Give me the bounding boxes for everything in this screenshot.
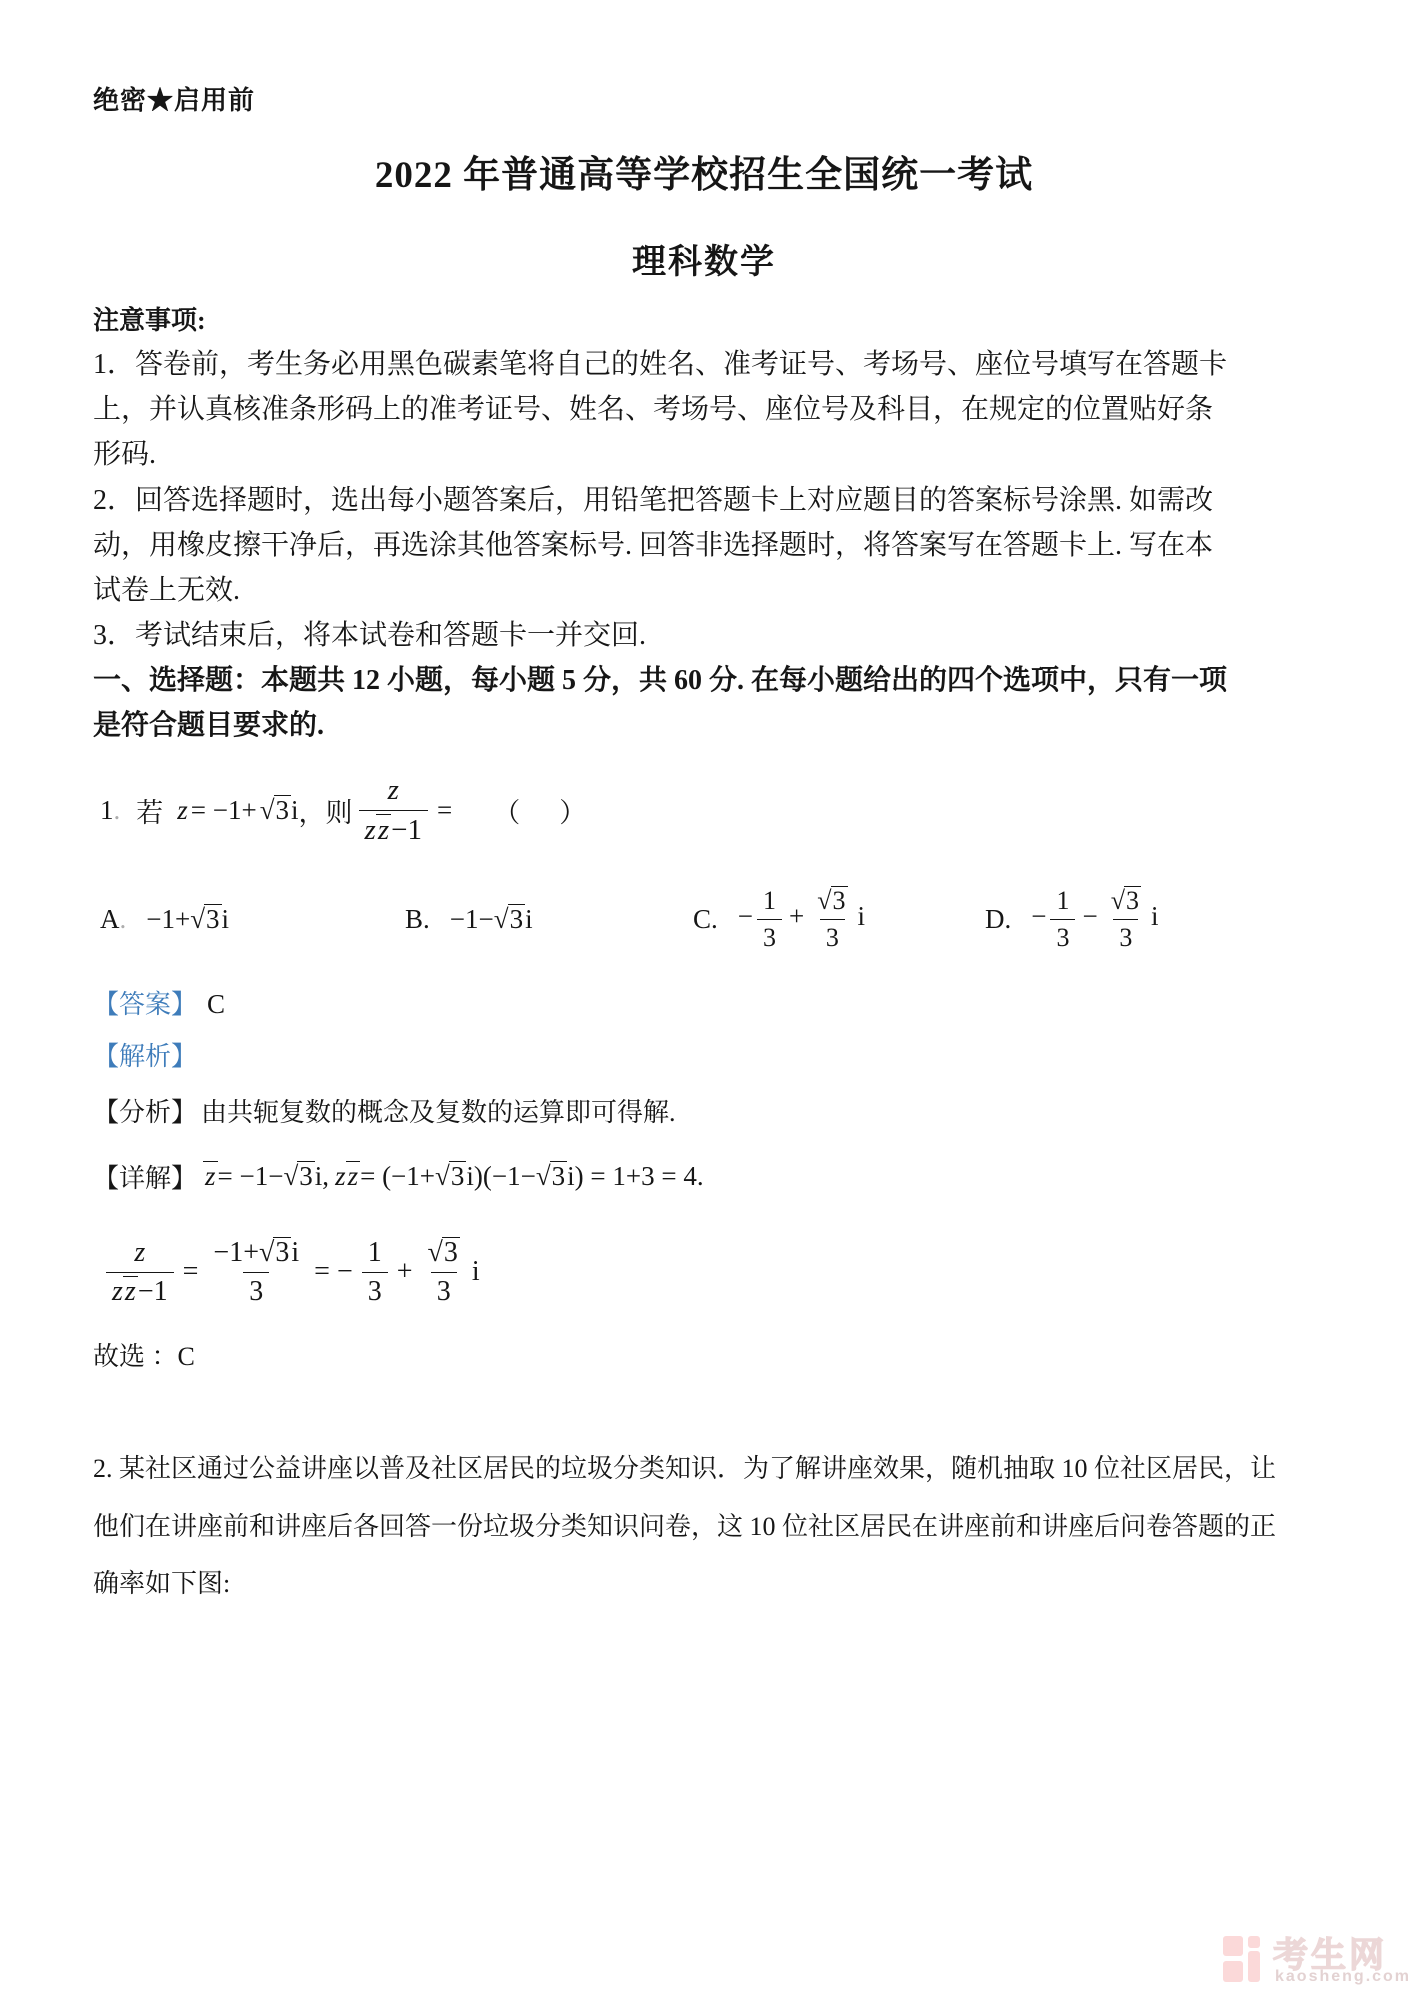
answer-row: 【答案】C	[93, 984, 225, 1021]
notice-line: 形码.	[93, 432, 1333, 477]
fraction-z-over-zzbar: z zz−1	[359, 774, 428, 846]
math-segment: i	[291, 795, 299, 826]
equals-sign: =	[180, 1256, 202, 1288]
notice-paragraphs: 1．答卷前，考生务必用黑色碳素笔将自己的姓名、准考证号、考场号、座位号填写在答题…	[93, 342, 1333, 658]
section-heading-line: 一、选择题：本题共 12 小题，每小题 5 分，共 60 分. 在每小题给出的四…	[93, 658, 1333, 703]
analysis-row: 【分析】由共轭复数的概念及复数的运算即可得解.	[93, 1092, 676, 1129]
answer-blank-parentheses: （ ）	[493, 791, 592, 830]
math-var-zbar: z	[376, 814, 391, 845]
math-var-z: z	[177, 795, 188, 826]
question-2-line: 他们在讲座前和讲座后各回答一份垃圾分类知识问卷，这 10 位社区居民在讲座前和讲…	[93, 1498, 1343, 1556]
radical-sign: √	[817, 886, 831, 915]
option-d-value: −13−√33i	[1031, 886, 1158, 951]
radicand: 3	[449, 1161, 467, 1190]
section-heading-line: 是符合题目要求的.	[93, 703, 1333, 748]
radicand: 3	[508, 904, 526, 933]
sqrt-expression: √3	[260, 795, 291, 826]
answer-value: C	[207, 989, 225, 1019]
radical-sign: √	[494, 904, 509, 934]
option-c-value: −13+√33i	[738, 886, 865, 951]
option-b-value: −1−√3i	[450, 904, 533, 935]
question-2: 2. 某社区通过公益讲座以普及社区居民的垃圾分类知识．为了解讲座效果，随机抽取 …	[93, 1440, 1343, 1613]
fraction-one-third: 1 3	[362, 1237, 388, 1307]
math-segment: = (−1+	[360, 1161, 435, 1192]
fraction-sqrt3-third: √3 3	[422, 1237, 466, 1307]
solution-formula: z zz−1 = −1+√3i 3 = − 1 3 + √3 3 i	[100, 1226, 480, 1318]
math-segment: i) = 1+3 = 4.	[567, 1161, 703, 1192]
notice-line: 3．考试结束后，将本试卷和答题卡一并交回.	[93, 613, 1333, 658]
kaosheng-logo-icon	[1223, 1936, 1263, 1984]
question-1-period: .	[114, 795, 121, 826]
math-segment: = −1+	[188, 795, 260, 826]
radicand: 3	[831, 886, 848, 914]
detail-solution-row: 【详解】 z = −1− √3 i, zz = (−1+ √3 i)(−1− √…	[93, 1146, 704, 1206]
option-c-label: C.	[693, 904, 718, 935]
notice-line: 动，用橡皮擦干净后，再选涂其他答案标号. 回答非选择题时，将答案写在答题卡上. …	[93, 523, 1333, 568]
option-d: D. −13−√33i	[985, 876, 1159, 962]
math-segment: = −1−	[218, 1161, 284, 1192]
radicand: 3	[274, 795, 292, 824]
math-segment: i)(−1−	[466, 1161, 535, 1192]
radicand: 3	[1124, 886, 1141, 914]
explanation-row: 【解析】	[93, 1036, 197, 1073]
question-1: 1. 若 z = −1+ √3 i ，则 z zz−1 = （ ）	[100, 760, 592, 860]
question-1-text: ，则	[299, 791, 353, 830]
option-d-label: D.	[985, 904, 1011, 935]
radical-sign: √	[536, 1161, 551, 1192]
math-var-zbar: z	[346, 1161, 361, 1190]
fraction-z-over-zzbar: z zz−1	[106, 1237, 174, 1307]
explanation-label: 【解析】	[93, 1042, 197, 1071]
radical-sign: √	[190, 904, 205, 934]
option-b-label: B.	[405, 904, 430, 935]
question-1-text: 若	[136, 791, 163, 830]
exam-document-page: 绝密★启用前 2022 年普通高等学校招生全国统一考试 理科数学 注意事项: 1…	[0, 0, 1408, 2002]
radical-sign: √	[428, 1237, 443, 1268]
math-segment: i	[472, 1256, 480, 1288]
math-var-zbar: z	[203, 1161, 218, 1190]
analysis-label: 【分析】	[93, 1098, 197, 1127]
radicand: 3	[297, 1161, 315, 1190]
radicand: 3	[550, 1161, 568, 1190]
answer-label: 【答案】	[93, 990, 197, 1019]
equals-sign: =	[434, 795, 455, 826]
option-c: C. −13+√33i	[693, 876, 865, 962]
question-2-line: 2. 某社区通过公益讲座以普及社区居民的垃圾分类知识．为了解讲座效果，随机抽取 …	[93, 1440, 1343, 1498]
notice-heading: 注意事项:	[93, 300, 206, 337]
site-watermark: 考生网 kaosheng.com	[1223, 1928, 1403, 1990]
radical-sign: √	[435, 1161, 450, 1192]
analysis-text: 由共轭复数的概念及复数的运算即可得解.	[201, 1098, 676, 1127]
radicand: 3	[273, 1237, 291, 1267]
math-var-z: z	[388, 774, 399, 806]
math-var-z: z	[335, 1161, 346, 1192]
math-segment: −1	[391, 814, 422, 846]
conclusion-text: 故选 ：C	[93, 1336, 195, 1373]
option-b: B. −1−√3i	[405, 876, 533, 962]
math-var-z: z	[365, 814, 376, 846]
question-1-number: 1	[100, 795, 114, 826]
choice-section-heading: 一、选择题：本题共 12 小题，每小题 5 分，共 60 分. 在每小题给出的四…	[93, 658, 1333, 748]
radical-sign: √	[1111, 886, 1125, 915]
radical-sign: √	[283, 1161, 298, 1192]
radical-sign: √	[260, 795, 275, 825]
radicand: 3	[204, 904, 222, 933]
secrecy-label: 绝密★启用前	[93, 80, 255, 117]
notice-line: 1．答卷前，考生务必用黑色碳素笔将自己的姓名、准考证号、考场号、座位号填写在答题…	[93, 342, 1333, 387]
detail-label: 【详解】	[93, 1158, 197, 1195]
notice-line: 试卷上无效.	[93, 568, 1333, 613]
option-a-label: A.	[100, 904, 126, 935]
option-a-value: −1+√3i	[146, 904, 229, 935]
math-segment: i,	[315, 1161, 329, 1192]
notice-line: 上，并认真核准条形码上的准考证号、姓名、考场号、座位号及科目，在规定的位置贴好条	[93, 387, 1333, 432]
equals-sign: = −	[311, 1256, 356, 1288]
radical-sign: √	[259, 1237, 274, 1268]
question-2-line: 确率如下图:	[93, 1555, 1343, 1613]
plus-sign: +	[394, 1256, 416, 1288]
fraction-numeric: −1+√3i 3	[207, 1237, 305, 1307]
notice-line: 2．回答选择题时，选出每小题答案后，用铅笔把答题卡上对应题目的答案标号涂黑. 如…	[93, 478, 1333, 523]
option-a: A. −1+√3i	[100, 876, 229, 962]
exam-title: 2022 年普通高等学校招生全国统一考试	[0, 144, 1408, 198]
radicand: 3	[442, 1237, 460, 1267]
watermark-site-url: kaosheng.com	[1275, 1968, 1408, 1986]
exam-subject: 理科数学	[0, 234, 1408, 283]
